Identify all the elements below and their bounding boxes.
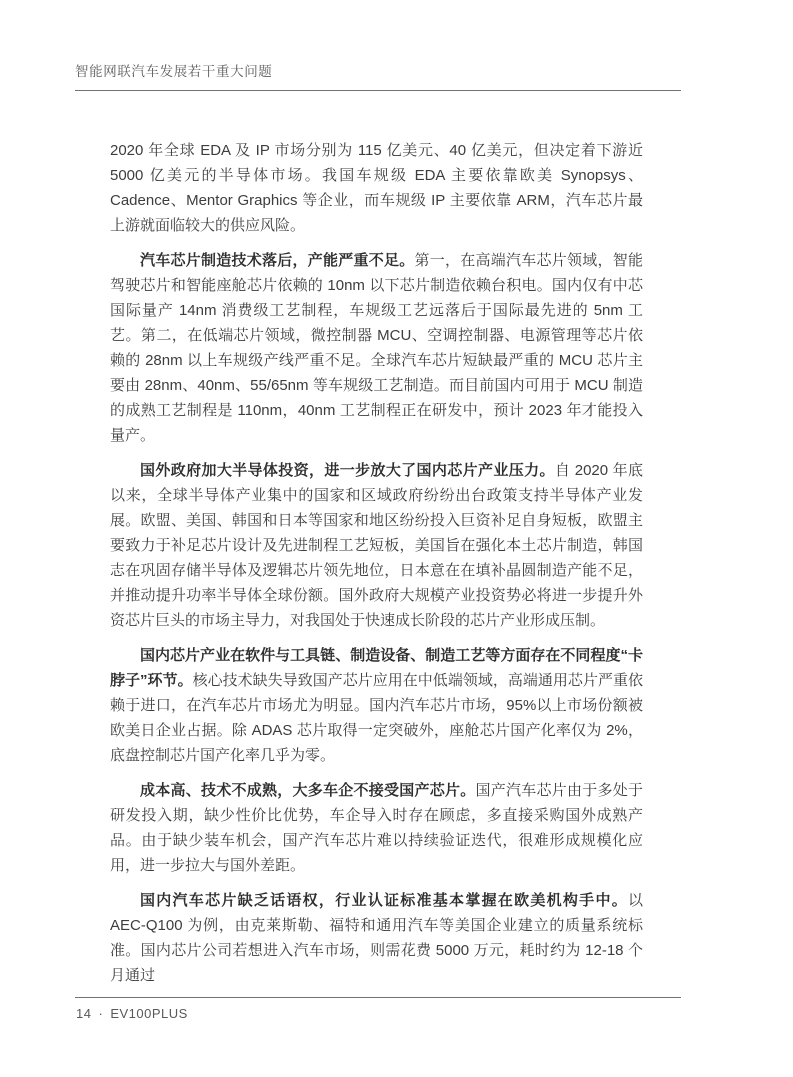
page-footer: 14 · EV100PLUS: [76, 1006, 188, 1021]
paragraph-text: 2020 年全球 EDA 及 IP 市场分别为 115 亿美元、40 亿美元，但…: [110, 142, 643, 234]
paragraph-lead: 国内汽车芯片缺乏话语权，行业认证标准基本掌握在欧美机构手中。: [140, 892, 628, 909]
paragraph-lead: 汽车芯片制造技术落后，产能严重不足。: [140, 252, 414, 269]
footer-separator: ·: [98, 1006, 103, 1021]
paragraph: 汽车芯片制造技术落后，产能严重不足。第一，在高端汽车芯片领域，智能驾驶芯片和智能…: [110, 248, 643, 448]
paragraph-text: 第一，在高端汽车芯片领域，智能驾驶芯片和智能座舱芯片依赖的 10nm 以下芯片制…: [110, 252, 643, 444]
paragraph-lead: 成本高、技术不成熟，大多车企不接受国产芯片。: [140, 782, 475, 799]
paragraph: 成本高、技术不成熟，大多车企不接受国产芯片。国产汽车芯片由于多处于研发投入期，缺…: [110, 778, 643, 878]
paragraph: 国内汽车芯片缺乏话语权，行业认证标准基本掌握在欧美机构手中。以 AEC-Q100…: [110, 888, 643, 988]
running-header-title: 智能网联汽车发展若干重大问题: [75, 60, 272, 80]
page-number: 14: [76, 1006, 91, 1021]
paragraph-text: 自 2020 年底以来，全球半导体产业集中的国家和区域政府纷纷出台政策支持半导体…: [110, 462, 643, 629]
footer-brand: EV100PLUS: [110, 1006, 188, 1021]
footer-divider: [75, 997, 681, 998]
paragraph: 国外政府加大半导体投资，进一步放大了国内芯片产业压力。自 2020 年底以来，全…: [110, 458, 643, 633]
paragraph: 2020 年全球 EDA 及 IP 市场分别为 115 亿美元、40 亿美元，但…: [110, 138, 643, 238]
paragraph-lead: 国外政府加大半导体投资，进一步放大了国内芯片产业压力。: [140, 462, 555, 479]
document-body: 2020 年全球 EDA 及 IP 市场分别为 115 亿美元、40 亿美元，但…: [110, 138, 643, 998]
header-divider: [75, 90, 681, 91]
paragraph: 国内芯片产业在软件与工具链、制造设备、制造工艺等方面存在不同程度“卡脖子”环节。…: [110, 643, 643, 768]
document-page: 智能网联汽车发展若干重大问题 2020 年全球 EDA 及 IP 市场分别为 1…: [0, 0, 793, 1077]
